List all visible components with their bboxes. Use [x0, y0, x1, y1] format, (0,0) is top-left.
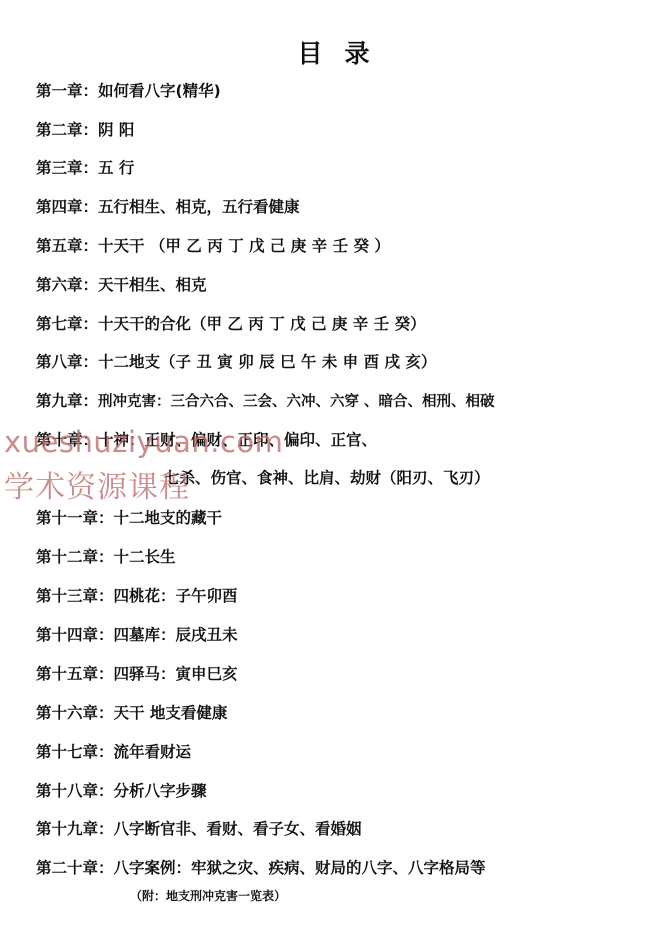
chapter-number: 第四章：: [36, 198, 98, 216]
chapter-number: 第十一章：: [36, 509, 114, 527]
toc-entry-20: 第二十章：八字案例：牢狱之灾、疾病、财局的八字、八字格局等: [36, 858, 486, 878]
chapter-number: 第十四章：: [36, 626, 114, 644]
toc-entry-18: 第十八章：分析八字步骤: [36, 781, 207, 801]
chapter-number: 第五章：: [36, 237, 98, 255]
chapter-title: 十二长生: [114, 548, 176, 566]
chapter-title: 五 行: [98, 159, 134, 177]
toc-entry-17: 第十七章：流年看财运: [36, 742, 191, 762]
chapter-number: 第八章：: [36, 353, 98, 371]
toc-entry-2: 第二章：阴 阳: [36, 120, 134, 140]
chapter-number: 第一章：: [36, 82, 98, 100]
chapter-title: 十天干 （甲 乙 丙 丁 戊 己 庚 辛 壬 癸 ）: [98, 237, 390, 255]
chapter-title: 五行相生、相克，五行看健康: [98, 198, 300, 216]
appendix-note: （附：地支刑冲克害一览表）: [130, 887, 286, 904]
toc-entry-9: 第九章：刑冲克害：三合六合、三会、六冲、六穿 、暗合、相刑、相破: [36, 391, 495, 412]
chapter-number: 第十二章：: [36, 548, 114, 566]
chapter-title: 四墓库：辰戌丑未: [114, 626, 238, 644]
toc-entry-6: 第六章：天干相生、相克: [36, 275, 207, 295]
watermark-url: xueshuziyuan.com: [4, 425, 283, 459]
chapter-title: 如何看八字(精华): [98, 82, 221, 100]
chapter-number: 第十六章：: [36, 704, 114, 722]
toc-entry-10-continuation: 七杀、伤官、食神、比肩、劫财（阳刃、飞刃）: [164, 468, 490, 488]
chapter-title: 天干相生、相克: [98, 276, 207, 294]
chapter-number: 第十五章：: [36, 665, 114, 683]
chapter-title: 四桃花：子午卯酉: [114, 587, 238, 605]
toc-entry-7: 第七章：十天干的合化（甲 乙 丙 丁 戊 己 庚 辛 壬 癸）: [36, 314, 426, 334]
chapter-title: 刑冲克害：三合六合、三会、六冲、六穿 、暗合、相刑、相破: [98, 394, 495, 410]
chapter-number: 第七章：: [36, 315, 98, 333]
chapter-title: 阴 阳: [98, 121, 134, 139]
toc-entry-19: 第十九章：八字断官非、看财、看子女、看婚姻: [36, 819, 362, 839]
chapter-title: 十二地支的藏干: [114, 509, 223, 527]
toc-entry-8: 第八章：十二地支（子 丑 寅 卯 辰 巳 午 未 申 酉 戌 亥）: [36, 352, 436, 372]
toc-entry-5: 第五章：十天干 （甲 乙 丙 丁 戊 己 庚 辛 壬 癸 ）: [36, 236, 390, 256]
toc-entry-15: 第十五章：四驿马：寅申巳亥: [36, 664, 238, 684]
toc-entry-12: 第十二章：十二长生: [36, 547, 176, 567]
chapter-title: 分析八字步骤: [114, 782, 207, 800]
chapter-title: 八字断官非、看财、看子女、看婚姻: [114, 820, 362, 838]
chapter-title: 十天干的合化（甲 乙 丙 丁 戊 己 庚 辛 壬 癸）: [98, 315, 426, 333]
chapter-title: 流年看财运: [114, 743, 192, 761]
chapter-title: 天干 地支看健康: [114, 704, 228, 722]
toc-entry-11: 第十一章：十二地支的藏干: [36, 508, 222, 528]
chapter-number: 第十九章：: [36, 820, 114, 838]
chapter-title: 八字案例：牢狱之灾、疾病、财局的八字、八字格局等: [114, 859, 486, 877]
chapter-number: 第二章：: [36, 121, 98, 139]
chapter-number: 第六章：: [36, 276, 98, 294]
chapter-number: 第十七章：: [36, 743, 114, 761]
toc-entry-4: 第四章：五行相生、相克，五行看健康: [36, 197, 300, 217]
watermark-text: 学术资源课程: [4, 462, 190, 506]
toc-entry-16: 第十六章：天干 地支看健康: [36, 703, 227, 723]
chapter-number: 第九章：: [36, 392, 98, 410]
toc-entry-1: 第一章：如何看八字(精华): [36, 81, 221, 101]
chapter-number: 第十三章：: [36, 587, 114, 605]
chapter-title: 四驿马：寅申巳亥: [114, 665, 238, 683]
chapter-title: 十二地支（子 丑 寅 卯 辰 巳 午 未 申 酉 戌 亥）: [98, 353, 436, 371]
chapter-number: 第十八章：: [36, 782, 114, 800]
toc-entry-14: 第十四章：四墓库：辰戌丑未: [36, 625, 238, 645]
page-title: 目录: [0, 34, 667, 70]
toc-entry-3: 第三章：五 行: [36, 158, 134, 178]
toc-entry-13: 第十三章：四桃花：子午卯酉: [36, 586, 238, 606]
chapter-number: 第二十章：: [36, 859, 114, 877]
chapter-number: 第三章：: [36, 159, 98, 177]
